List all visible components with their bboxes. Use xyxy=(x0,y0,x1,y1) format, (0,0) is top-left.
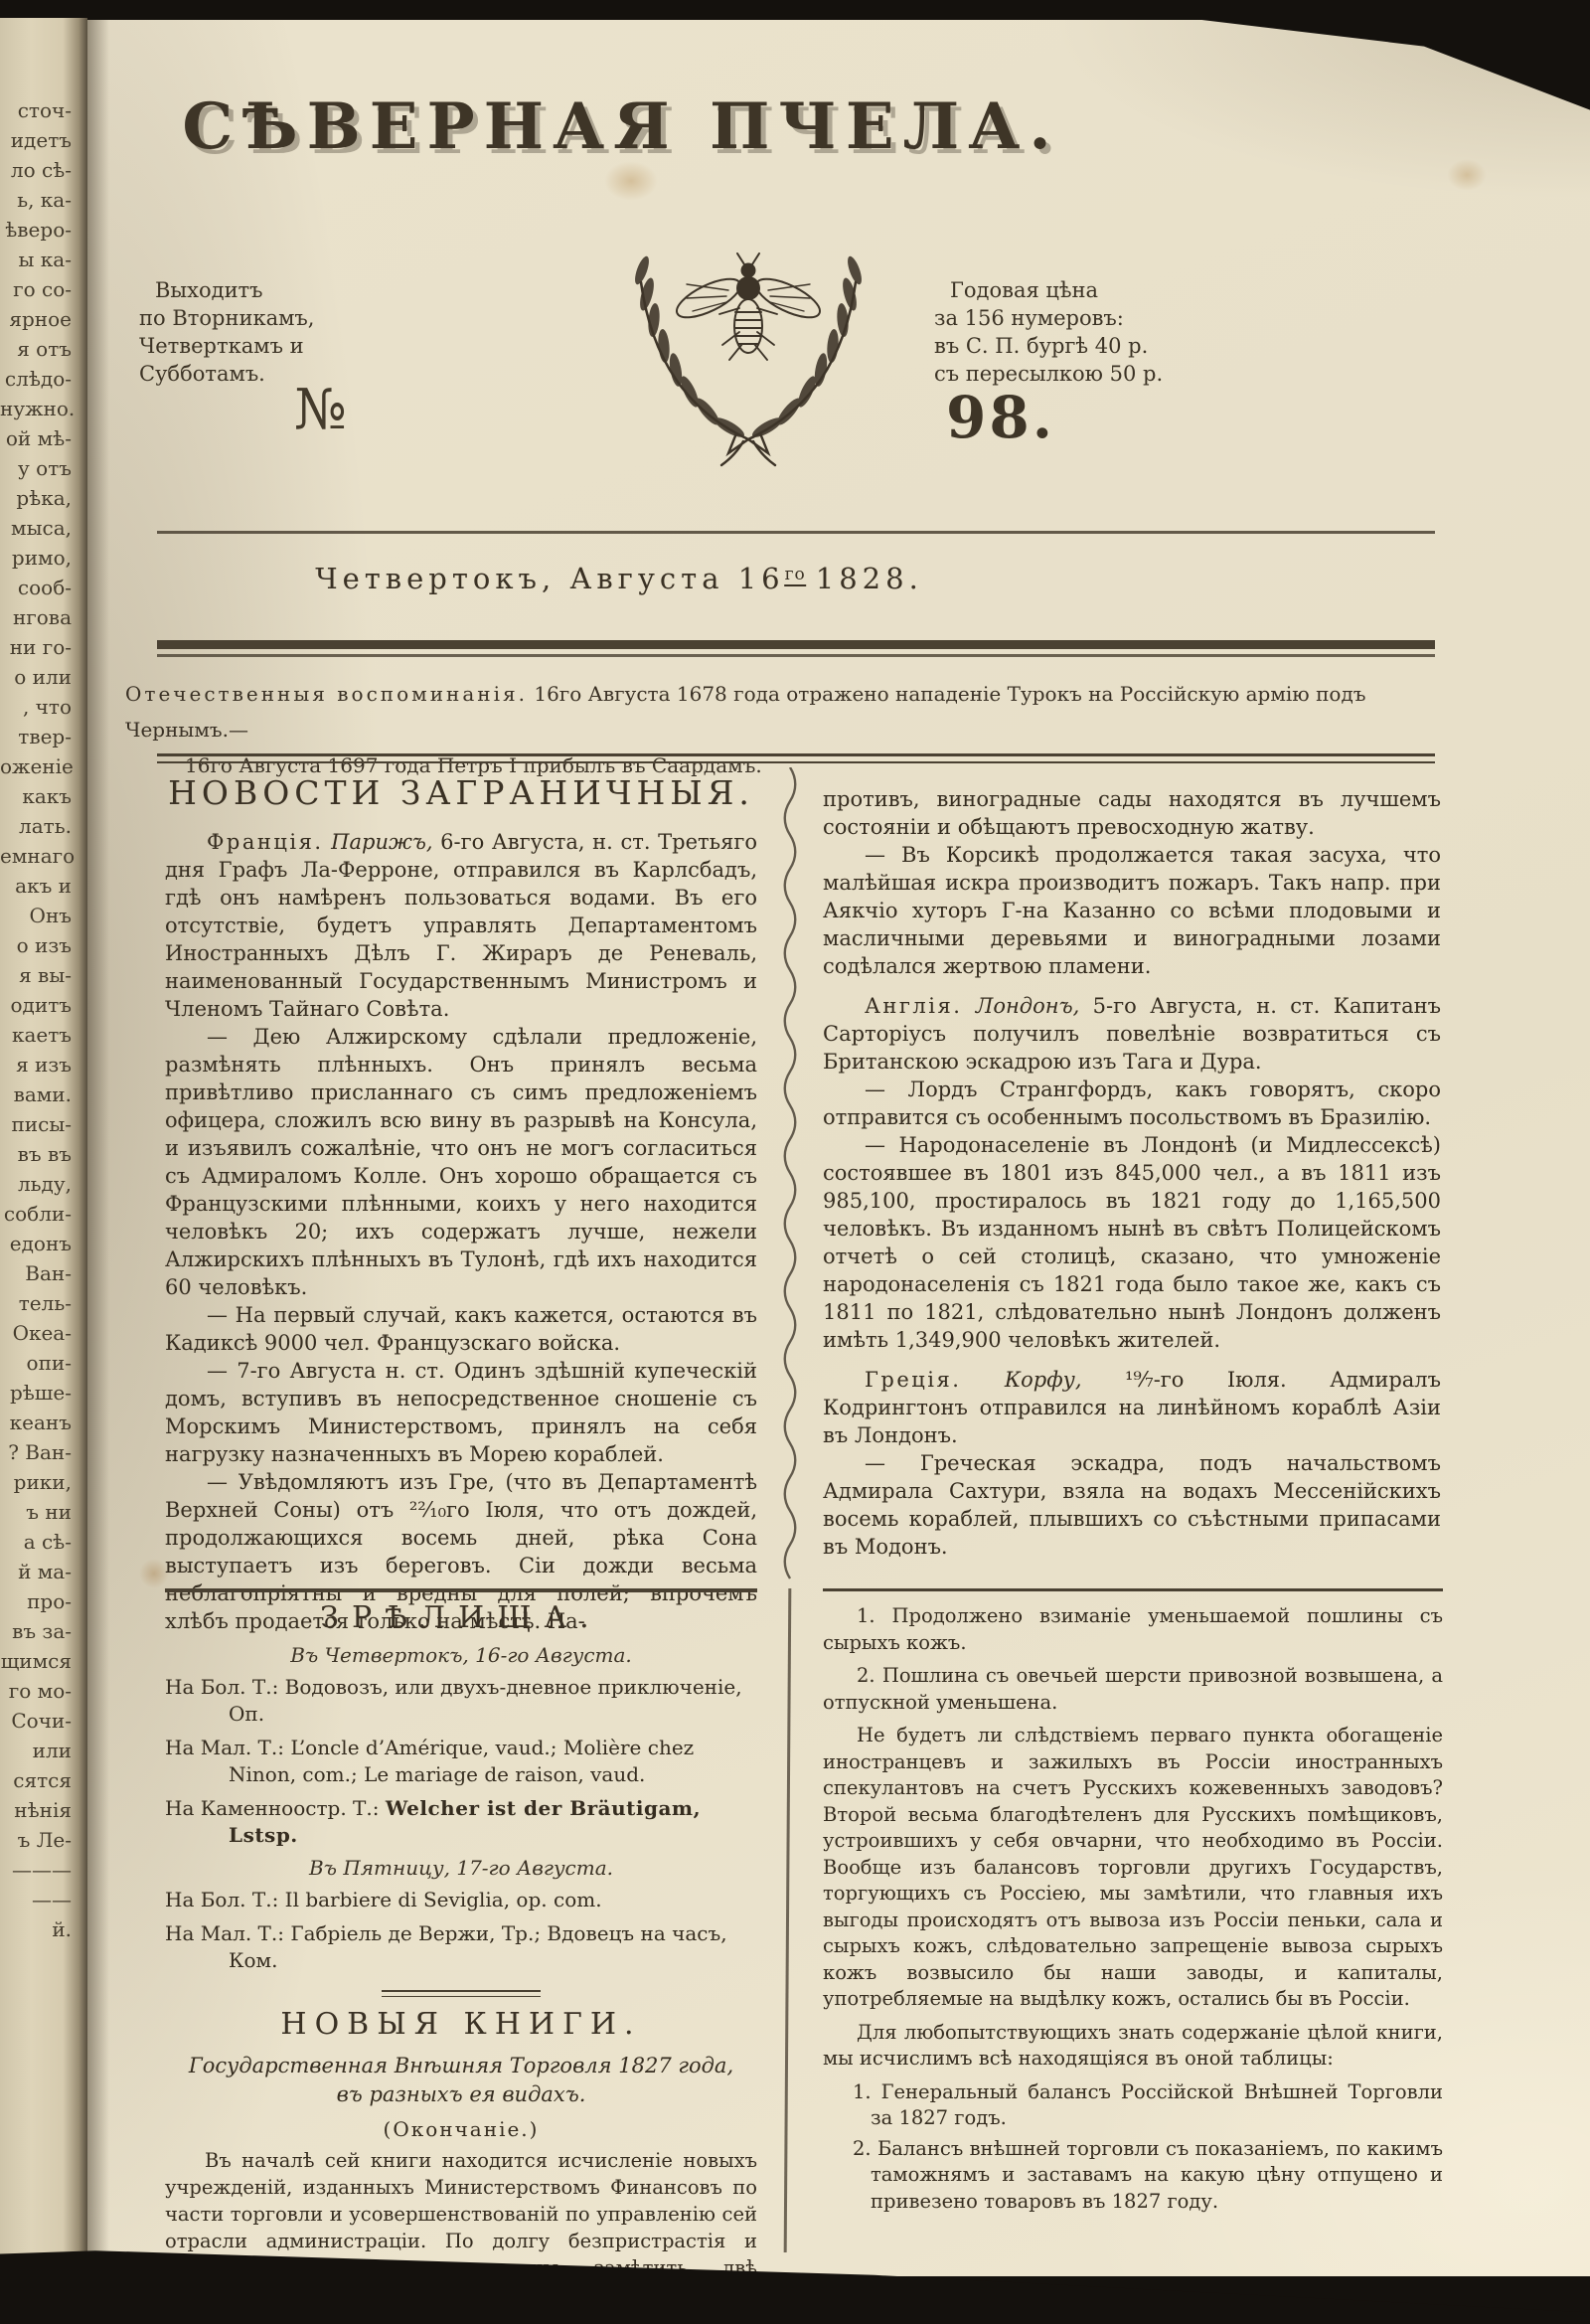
news-paragraph: Греція. Корфу, ¹⁹⁄₇-го Іюля. Адмиралъ Ко… xyxy=(823,1366,1441,1449)
news-paragraph: — Въ Корсикѣ продолжается такая засуха, … xyxy=(823,841,1441,980)
theatre-day: Въ Четвертокъ, 16-го Августа. xyxy=(165,1643,757,1667)
city-name: Лондонъ, xyxy=(962,994,1079,1018)
news-paragraph: — 7-го Августа н. ст. Одинъ здѣшній купе… xyxy=(165,1357,757,1468)
bee-wreath-icon xyxy=(584,225,912,473)
price-line: за 156 нумеровъ: xyxy=(934,304,1163,332)
issue-number-sign: № xyxy=(294,378,347,442)
country-lead: Франція. xyxy=(207,830,324,854)
table-list-item: 1. Генеральный балансъ Россійской Внѣшне… xyxy=(823,2079,1443,2132)
dateline-text: Четвертокъ, Августа 16 xyxy=(315,562,784,595)
tables-intro: Для любопытствующихъ знать содержаніе цѣ… xyxy=(823,2020,1443,2073)
theatre-entry: На Каменноостр. Т.: Welcher ist der Bräu… xyxy=(165,1795,757,1849)
heavy-rule xyxy=(157,640,1435,649)
newspaper-photo: сточ-идетъло сѣ-ь, ка-ѣверо-ы ка-го со-я… xyxy=(0,0,1590,2324)
short-rule xyxy=(382,1990,541,1997)
dateline-superscript: го xyxy=(785,565,806,586)
schedule-line: Субботамъ. xyxy=(139,360,314,388)
table-list-item: 2. Балансъ внѣшней торговли съ показаніе… xyxy=(823,2136,1443,2216)
dateline: Четвертокъ, Августа 16го1828. xyxy=(315,562,923,595)
section-rule xyxy=(165,1588,757,1592)
theatre-entry: На Бол. Т.: Водовозъ, или двухъ-дневное … xyxy=(165,1674,757,1728)
price-line: въ С. П. бургѣ 40 р. xyxy=(934,332,1163,360)
book-title: Государственная Внѣшняя Торговля 1827 го… xyxy=(179,2052,743,2109)
memorial-lead: Отечественныя воспоминанія. xyxy=(125,682,528,706)
column-divider-wavy xyxy=(782,767,798,1586)
commentary-paragraph: Не будетъ ли слѣдствіемъ перваго пункта … xyxy=(823,1723,1443,2013)
book-note: (Окончаніе.) xyxy=(165,2117,757,2141)
subscription-price: Годовая цѣна за 156 нумеровъ: въ С. П. б… xyxy=(934,276,1163,388)
double-rule xyxy=(157,753,1435,763)
schedule-line: по Вторникамъ, xyxy=(139,304,314,332)
theatre-entry: На Бол. Т.: Il barbiere di Seviglia, op.… xyxy=(165,1887,757,1913)
newspaper-title: СѢВЕРНАЯ ПЧЕЛА. xyxy=(182,89,1059,164)
tariff-item: 1. Продолжено взиманіе уменьшаемой пошли… xyxy=(823,1603,1443,1656)
country-lead: Англія. xyxy=(865,994,962,1018)
news-paragraph: противъ, виноградные сады находятся въ л… xyxy=(823,785,1441,841)
tariff-item: 2. Пошлина съ овечьей шерсти привозной в… xyxy=(823,1663,1443,1716)
dateline-year: 1828. xyxy=(816,562,923,595)
paper-stain xyxy=(604,161,658,201)
section-rule xyxy=(823,1588,1443,1591)
previous-page-text-fragments: сточ-идетъло сѣ-ь, ка-ѣверо-ы ка-го со-я… xyxy=(0,18,87,1944)
news-paragraph: Франція. Парижъ, 6-го Августа, н. ст. Тр… xyxy=(165,828,757,1023)
news-paragraph: Англія. Лондонъ, 5-го Августа, н. ст. Ка… xyxy=(823,992,1441,1076)
previous-page-edge: сточ-идетъло сѣ-ь, ка-ѣверо-ы ка-го со-я… xyxy=(0,18,87,2256)
column-divider xyxy=(784,1588,792,2252)
thin-rule xyxy=(157,531,1435,534)
section-heading-theatre: ЗРѢЛИЩА. xyxy=(165,1600,757,1635)
section-heading-new-books: НОВЫЯ КНИГИ. xyxy=(165,2007,757,2042)
schedule-line: Четверткамъ и xyxy=(139,332,314,360)
news-paragraph: — Дею Алжирскому сдѣлали предложеніе, ра… xyxy=(165,1023,757,1301)
issue-number: 98. xyxy=(946,384,1055,451)
paper-stain xyxy=(1447,159,1487,191)
right-column: противъ, виноградные сады находятся въ л… xyxy=(823,785,1441,1561)
newspaper-page: СѢВЕРНАЯ ПЧЕЛА. Выходитъ по Вторникамъ, … xyxy=(87,20,1590,2276)
country-lead: Греція. xyxy=(865,1368,961,1392)
theatre-section: ЗРѢЛИЩА. Въ Четвертокъ, 16-го Августа. Н… xyxy=(165,1588,757,2308)
thin-rule xyxy=(157,654,1435,657)
news-paragraph: — Лордъ Странгфордъ, какъ говорятъ, скор… xyxy=(823,1076,1441,1131)
city-name: Парижъ, xyxy=(324,830,433,854)
left-column: НОВОСТИ ЗАГРАНИЧНЫЯ. Франція. Парижъ, 6-… xyxy=(165,773,757,1635)
news-paragraph: — На первый случай, какъ кажется, остают… xyxy=(165,1301,757,1357)
section-heading-foreign-news: НОВОСТИ ЗАГРАНИЧНЫЯ. xyxy=(165,773,757,812)
theatre-entry: На Мал. Т.: L’oncle d’Amérique, vaud.; M… xyxy=(165,1735,757,1788)
photo-corner-shadow xyxy=(1193,19,1590,110)
price-line: Годовая цѣна xyxy=(934,276,1163,304)
trade-review-section: 1. Продолжено взиманіе уменьшаемой пошли… xyxy=(823,1588,1443,2219)
schedule-line: Выходитъ xyxy=(139,276,314,304)
memorial-line: Отечественныя воспоминанія. 16го Августа… xyxy=(125,676,1439,747)
theatre-day: Въ Пятницу, 17-го Августа. xyxy=(165,1856,757,1880)
theatre-entry: На Мал. Т.: Габріель де Вержи, Тр.; Вдов… xyxy=(165,1920,757,1974)
news-paragraph: — Греческая эскадра, подъ начальствомъ А… xyxy=(823,1449,1441,1561)
news-paragraph: — Народонаселеніе въ Лондонѣ (и Мидлессе… xyxy=(823,1131,1441,1354)
publication-schedule: Выходитъ по Вторникамъ, Четверткамъ и Су… xyxy=(139,276,314,388)
city-name: Корфу, xyxy=(961,1368,1081,1392)
